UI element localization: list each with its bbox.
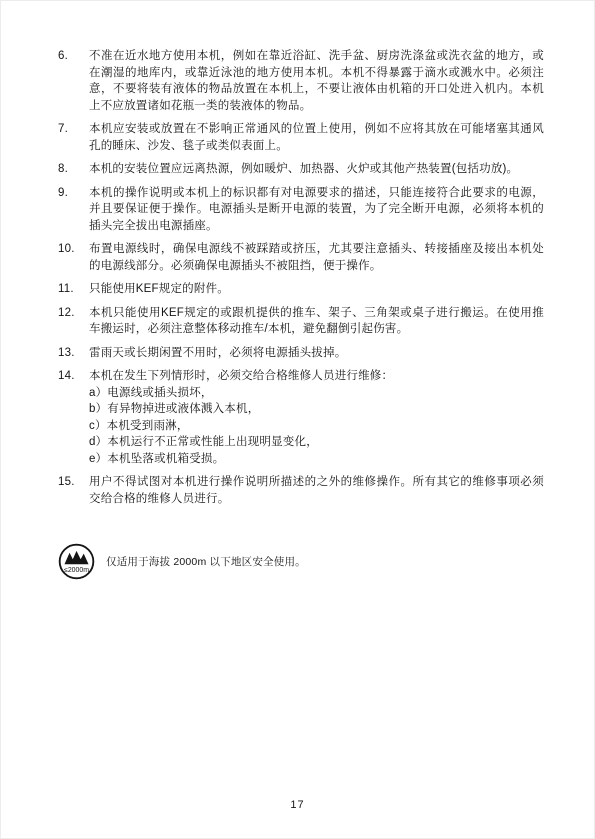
altitude-2000m-icon: ≤2000m xyxy=(58,543,95,580)
sublist-item: c）本机受到雨淋， xyxy=(89,418,544,435)
altitude-note-text: 仅适用于海拔 2000m 以下地区安全使用。 xyxy=(106,554,306,569)
list-item: 10. 布置电源线时，确保电源线不被踩踏或挤压，尤其要注意插头、转接插座及接出本… xyxy=(58,241,544,274)
list-item: 6. 不准在近水地方使用本机，例如在靠近浴缸、洗手盆、厨房洗涤盆或洗衣盆的地方，… xyxy=(58,48,544,114)
safety-instructions-list: 6. 不准在近水地方使用本机，例如在靠近浴缸、洗手盆、厨房洗涤盆或洗衣盆的地方，… xyxy=(58,48,544,580)
list-item: 14. 本机在发生下列情形时，必须交给合格维修人员进行维修： a）电源线或插头损… xyxy=(58,368,544,467)
list-item-text: 只能使用KEF规定的附件。 xyxy=(89,281,544,298)
list-item-text: 本机只能使用KEF规定的或跟机提供的推车、架子、三角架或桌子进行搬运。在使用推车… xyxy=(89,305,544,338)
list-item: 7. 本机应安装或放置在不影响正常通风的位置上使用，例如不应将其放在可能堵塞其通… xyxy=(58,121,544,154)
list-item-number: 7. xyxy=(58,121,89,138)
list-item-text: 本机应安装或放置在不影响正常通风的位置上使用，例如不应将其放在可能堵塞其通风孔的… xyxy=(89,121,544,154)
list-item-number: 11. xyxy=(58,281,89,298)
list-item-text: 布置电源线时，确保电源线不被踩踏或挤压，尤其要注意插头、转接插座及接出本机处的电… xyxy=(89,241,544,274)
list-item: 12. 本机只能使用KEF规定的或跟机提供的推车、架子、三角架或桌子进行搬运。在… xyxy=(58,305,544,338)
list-item: 15. 用户不得试图对本机进行操作说明所描述的之外的维修操作。所有其它的维修事项… xyxy=(58,474,544,507)
page-number: 17 xyxy=(1,799,594,811)
list-item: 9. 本机的操作说明或本机上的标识都有对电源要求的描述，只能连接符合此要求的电源… xyxy=(58,185,544,235)
list-item-text: 不准在近水地方使用本机，例如在靠近浴缸、洗手盆、厨房洗涤盆或洗衣盆的地方，或在潮… xyxy=(89,48,544,114)
list-item-number: 6. xyxy=(58,48,89,65)
list-item-number: 8. xyxy=(58,161,89,178)
sublist-item: d）本机运行不正常或性能上出现明显变化， xyxy=(89,434,544,451)
list-item-number: 13. xyxy=(58,345,89,362)
list-item-number: 10. xyxy=(58,241,89,258)
list-item-body: 本机在发生下列情形时，必须交给合格维修人员进行维修： a）电源线或插头损坏， b… xyxy=(89,368,544,467)
list-item-number: 12. xyxy=(58,305,89,322)
list-item-text: 本机的操作说明或本机上的标识都有对电源要求的描述，只能连接符合此要求的电源，并且… xyxy=(89,185,544,235)
list-item-text: 用户不得试图对本机进行操作说明所描述的之外的维修操作。所有其它的维修事项必须交给… xyxy=(89,474,544,507)
sublist-item: a）电源线或插头损坏， xyxy=(89,385,544,402)
list-item-number: 14. xyxy=(58,368,89,385)
sublist-item: b）有异物掉进或液体溅入本机， xyxy=(89,401,544,418)
document-page: 6. 不准在近水地方使用本机，例如在靠近浴缸、洗手盆、厨房洗涤盆或洗衣盆的地方，… xyxy=(0,0,595,839)
list-item-text: 本机在发生下列情形时，必须交给合格维修人员进行维修： xyxy=(89,368,544,385)
list-item-text: 本机的安装位置应远离热源，例如暖炉、加热器、火炉或其他产热装置(包括功放)。 xyxy=(89,161,544,178)
sublist: a）电源线或插头损坏， b）有异物掉进或液体溅入本机， c）本机受到雨淋， d）… xyxy=(89,385,544,468)
list-item-number: 9. xyxy=(58,185,89,202)
svg-text:≤2000m: ≤2000m xyxy=(64,567,89,574)
list-item: 11. 只能使用KEF规定的附件。 xyxy=(58,281,544,298)
list-item-text: 雷雨天或长期闲置不用时，必须将电源插头拔掉。 xyxy=(89,345,544,362)
list-item: 8. 本机的安装位置应远离热源，例如暖炉、加热器、火炉或其他产热装置(包括功放)… xyxy=(58,161,544,178)
list-item: 13. 雷雨天或长期闲置不用时，必须将电源插头拔掉。 xyxy=(58,345,544,362)
list-item-number: 15. xyxy=(58,474,89,491)
altitude-note: ≤2000m 仅适用于海拔 2000m 以下地区安全使用。 xyxy=(58,543,544,580)
sublist-item: e）本机坠落或机箱受损。 xyxy=(89,451,544,468)
